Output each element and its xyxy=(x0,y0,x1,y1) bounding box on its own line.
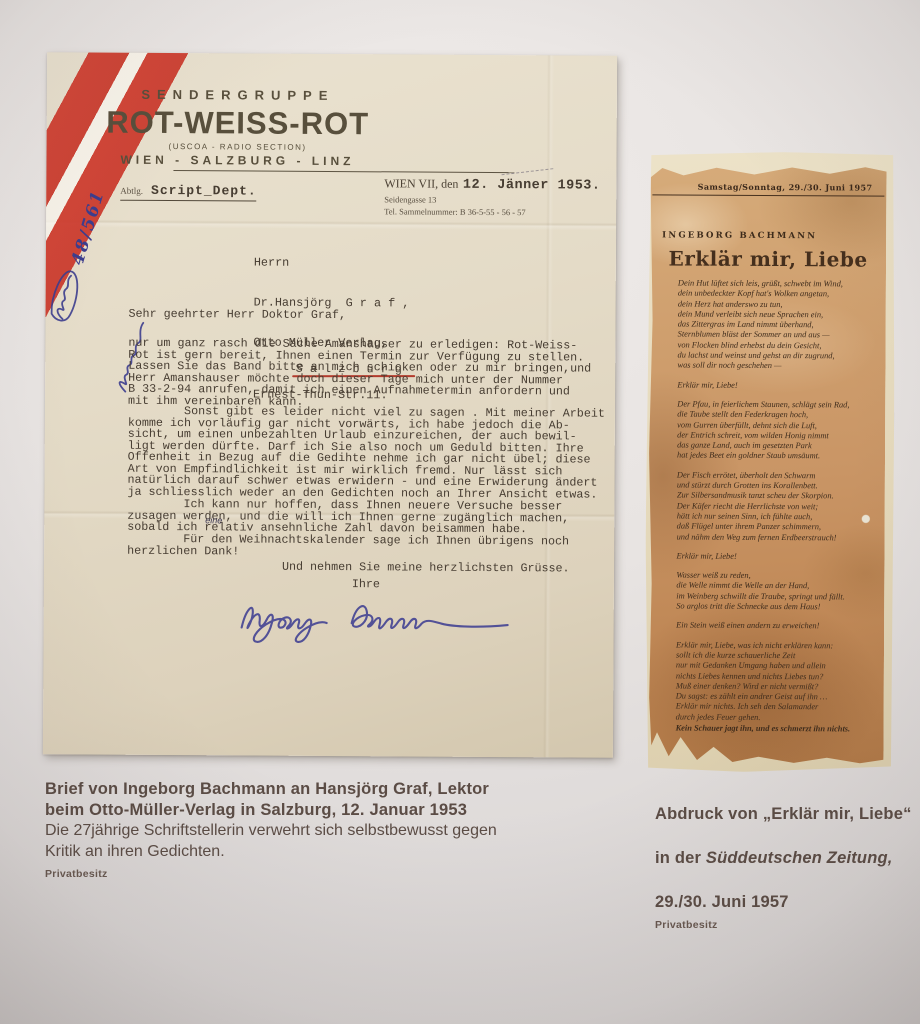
department-value: Script_Dept. xyxy=(151,183,257,199)
clipping-mount-sheet: Samstag/Sonntag, 29./30. Juni 1957 INGEB… xyxy=(644,151,895,772)
newspaper-clipping: Samstag/Sonntag, 29./30. Juni 1957 INGEB… xyxy=(647,164,886,764)
caption-letter-credit: Privatbesitz xyxy=(45,868,585,880)
museum-display-photo: SENDERGRUPPE ROT-WEISS-ROT (USCOA - RADI… xyxy=(0,0,920,1024)
caption-clipping-title: Abdruck von „Erklär mir, Liebe“ in der S… xyxy=(655,781,915,913)
letter-paragraph: Sonst gibt es leider nicht viel zu sagen… xyxy=(127,406,604,501)
caption-clipping-credit: Privatbesitz xyxy=(655,919,915,931)
poem-text: Dein Hut lüftet sich leis, grüßt, schweb… xyxy=(676,279,881,735)
poem-stanza: Dein Hut lüftet sich leis, grüßt, schweb… xyxy=(677,279,880,373)
caption-letter-title: Brief von Ingeborg Bachmann an Hansjörg … xyxy=(45,779,585,820)
caption-clipping-line3: 29./30. Juni 1957 xyxy=(655,893,789,911)
handwritten-insertion: eine xyxy=(205,515,222,525)
poem-refrain: Erklär mir, Liebe! xyxy=(677,380,880,391)
letter-document: SENDERGRUPPE ROT-WEISS-ROT (USCOA - RADI… xyxy=(43,52,617,757)
poem-stanza: Erklär mir, Liebe, was ich nicht erkläre… xyxy=(676,640,879,723)
date-city: WIEN VII, den xyxy=(384,176,458,190)
caption-clipping-line2-prefix: in der xyxy=(655,849,706,867)
poem-line-single: Ein Stein weiß einen andern zu erweichen… xyxy=(676,621,879,632)
signature-ink-stroke xyxy=(226,581,526,649)
letter-paragraph: Für den Weihnachtskalender sage ich Ihne… xyxy=(127,534,569,560)
letterhead: SENDERGRUPPE ROT-WEISS-ROT (USCOA - RADI… xyxy=(84,86,390,168)
newspaper-dateline: Samstag/Sonntag, 29./30. Juni 1957 xyxy=(698,182,873,193)
letterhead-cities: WIEN - SALZBURG - LINZ xyxy=(84,152,390,168)
poem-stanza: Wasser weiß zu reden, die Welle nimmt di… xyxy=(676,571,879,613)
letterhead-uscoa: (USCOA - RADIO SECTION) xyxy=(85,141,391,152)
recipient-line: Herrn xyxy=(254,257,410,271)
salutation: Sehr geehrter Herr Doktor Graf, xyxy=(129,307,347,322)
poem-stanza: Der Pfau, in feierlichem Staunen, schläg… xyxy=(677,399,880,462)
poem-final-line: Kein Schauer jagt ihn, und es schmerzt i… xyxy=(676,723,879,734)
caption-letter: Brief von Ingeborg Bachmann an Hansjörg … xyxy=(45,779,585,880)
letterhead-rot-weiss-rot: ROT-WEISS-ROT xyxy=(85,104,391,142)
date-block: WIEN VII, den 12. Jänner 1953. Seidengas… xyxy=(384,174,600,217)
letter-paragraph: nur um ganz rasch die Sache Amanshauser … xyxy=(128,338,591,410)
signature-ingeborg-bachmann xyxy=(225,581,525,654)
poem-title: Erklär mir, Liebe xyxy=(650,246,886,271)
caption-letter-subtitle: Die 27jährige Schriftstellerin verwehrt … xyxy=(45,821,585,862)
sender-telephone: Tel. Sammelnummer: B 36-5-55 - 56 - 57 xyxy=(384,206,600,217)
poem-author: INGEBORG BACHMANN xyxy=(662,230,817,241)
caption-clipping: Abdruck von „Erklär mir, Liebe“ in der S… xyxy=(655,781,915,931)
department-line: Abtlg.Script_Dept. xyxy=(120,181,257,202)
closing-line: Und nehmen Sie meine herzlichsten Grüsse… xyxy=(282,560,570,576)
letterhead-sender: SENDERGRUPPE xyxy=(85,86,391,103)
newspaper-rule xyxy=(652,194,884,196)
caption-clipping-line2-italic: Süddeutschen Zeitung, xyxy=(706,849,893,867)
department-label: Abtlg. xyxy=(120,186,143,196)
date-value: 12. Jänner 1953. xyxy=(463,178,601,194)
caption-clipping-line1: Abdruck von „Erklär mir, Liebe“ xyxy=(655,805,912,823)
sender-street: Seidengasse 13 xyxy=(384,194,600,205)
poem-refrain: Erklär mir, Liebe! xyxy=(676,551,879,562)
poem-stanza: Der Fisch errötet, überholt den Schwarm … xyxy=(677,470,880,543)
letter-paragraph: Ich kann nur hoffen, dass Ihnen neuere V… xyxy=(127,499,569,536)
